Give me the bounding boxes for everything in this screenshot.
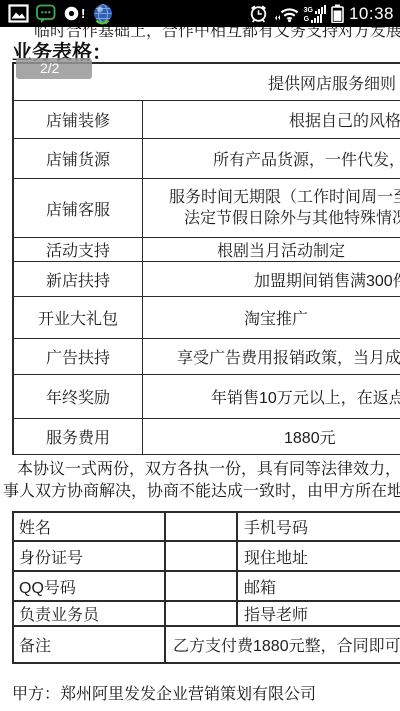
table-row: 开业大礼包 淘宝推广: [14, 297, 400, 339]
table-row: 店铺货源 所有产品货源，一件代发，: [14, 139, 400, 179]
page-indicator-badge: 2/2: [16, 58, 92, 79]
wifi-icon: [273, 5, 299, 23]
service-table: 提供网店服务细则 店铺装修 根据自己的风格 店铺货源 所有产品货源，一件代发， …: [12, 62, 400, 455]
agreement-note-line2: 事人双方协商解决，协商不能达成一致时，由甲方所在地: [3, 481, 400, 503]
agreement-note-line1: 本协议一式两份，双方各执一份，具有同等法律效力，: [17, 459, 400, 481]
row-label: 店铺客服: [14, 179, 143, 237]
field-label: 身份证号: [14, 542, 166, 570]
table-row: 姓名 手机号码: [14, 513, 400, 542]
agreement-note: 本协议一式两份，双方各执一份，具有同等法律效力， 事人双方协商解决，协商不能达成…: [0, 459, 400, 503]
table-row: QQ号码 邮箱: [14, 572, 400, 602]
phone-screen: !: [0, 0, 400, 711]
field-value: [166, 513, 238, 540]
browser-icon: [92, 3, 114, 25]
sim1-signal: 3G: [304, 5, 326, 14]
row-value: 服务时间无期限（工作时间周一至 法定节假日除外与其他特殊情况: [143, 187, 400, 229]
party-a-line: 甲方：郑州阿里发发企业营销策划有限公司: [12, 681, 400, 704]
field-value: [166, 602, 238, 625]
table-row: 广告扶持 享受广告费用报销政策，当月成: [14, 339, 400, 375]
sim2-signal: G: [304, 14, 326, 23]
field-label: 手机号码: [238, 515, 400, 538]
table-row: 负责业务员 指导老师: [14, 602, 400, 627]
field-label: 姓名: [14, 513, 166, 540]
field-value: [166, 572, 238, 600]
row-label: 开业大礼包: [14, 297, 143, 338]
row-label: 活动支持: [14, 238, 143, 261]
row-value-line2: 法定节假日除外与其他特殊情况: [143, 208, 400, 229]
table-row: 店铺装修 根据自己的风格: [14, 101, 400, 139]
row-label: 广告扶持: [14, 339, 143, 374]
sim2-label: G: [304, 16, 309, 23]
battery-icon: [331, 4, 344, 23]
table-row: 新店扶持 加盟期间销售满300件: [14, 262, 400, 297]
row-value: 根据自己的风格: [143, 108, 400, 131]
status-bar-left: !: [4, 3, 114, 25]
row-label: 店铺货源: [14, 139, 143, 178]
applicant-table: 姓名 手机号码 身份证号 现住地址 QQ号码 邮箱 负责业务员 指导老师 备注: [12, 511, 400, 664]
row-value-line1: 服务时间无期限（工作时间周一至: [143, 187, 400, 208]
status-bar-right: 3G G 10:38: [249, 4, 396, 24]
clock-time: 10:38: [349, 4, 396, 24]
field-label: 负责业务员: [14, 602, 166, 625]
row-label: 年终奖励: [14, 375, 143, 418]
field-label: 邮箱: [238, 575, 400, 598]
field-value: [166, 542, 238, 570]
voice-recorder-icon: !: [63, 5, 85, 22]
row-value: 1880元: [143, 425, 400, 448]
messenger-icon: [36, 4, 56, 24]
sim1-label: 3G: [304, 7, 313, 14]
alarm-icon: [249, 4, 268, 23]
table-row: 服务费用 1880元: [14, 419, 400, 455]
field-label: 现住地址: [238, 545, 400, 568]
signal-bars: 3G G: [304, 5, 326, 23]
row-value: 享受广告费用报销政策，当月成: [143, 345, 400, 368]
table-row: 备注 乙方支付费1880元整，合同即可生: [14, 627, 400, 664]
field-label: 指导老师: [238, 602, 400, 625]
row-value: 加盟期间销售满300件: [143, 268, 400, 291]
row-value: 根剧当月活动制定: [143, 238, 400, 261]
status-bar: !: [0, 0, 400, 27]
row-label: 服务费用: [14, 419, 143, 454]
row-value: 所有产品货源，一件代发，: [143, 147, 400, 170]
field-label: 备注: [14, 627, 166, 662]
row-value: 淘宝推广: [143, 306, 400, 329]
row-value: 年销售10万元以上，在返点: [143, 385, 400, 408]
field-value: 乙方支付费1880元整，合同即可生: [166, 633, 400, 656]
row-label: 店铺装修: [14, 101, 143, 138]
alert-mark: !: [81, 6, 85, 21]
clipped-text: 临时合作基础上，合作中相互都有义务支持对方发展: [34, 27, 400, 41]
table-row: 身份证号 现住地址: [14, 542, 400, 572]
screenshot-icon: [8, 4, 29, 23]
document-view[interactable]: 临时合作基础上，合作中相互都有义务支持对方发展 业务表格： 2/2 提供网店服务…: [0, 27, 400, 711]
table-row: 活动支持 根剧当月活动制定: [14, 238, 400, 262]
table-row: 年终奖励 年销售10万元以上，在返点: [14, 375, 400, 419]
table-row: 店铺客服 服务时间无期限（工作时间周一至 法定节假日除外与其他特殊情况: [14, 179, 400, 238]
field-label: QQ号码: [14, 572, 166, 600]
row-label: 新店扶持: [14, 262, 143, 296]
